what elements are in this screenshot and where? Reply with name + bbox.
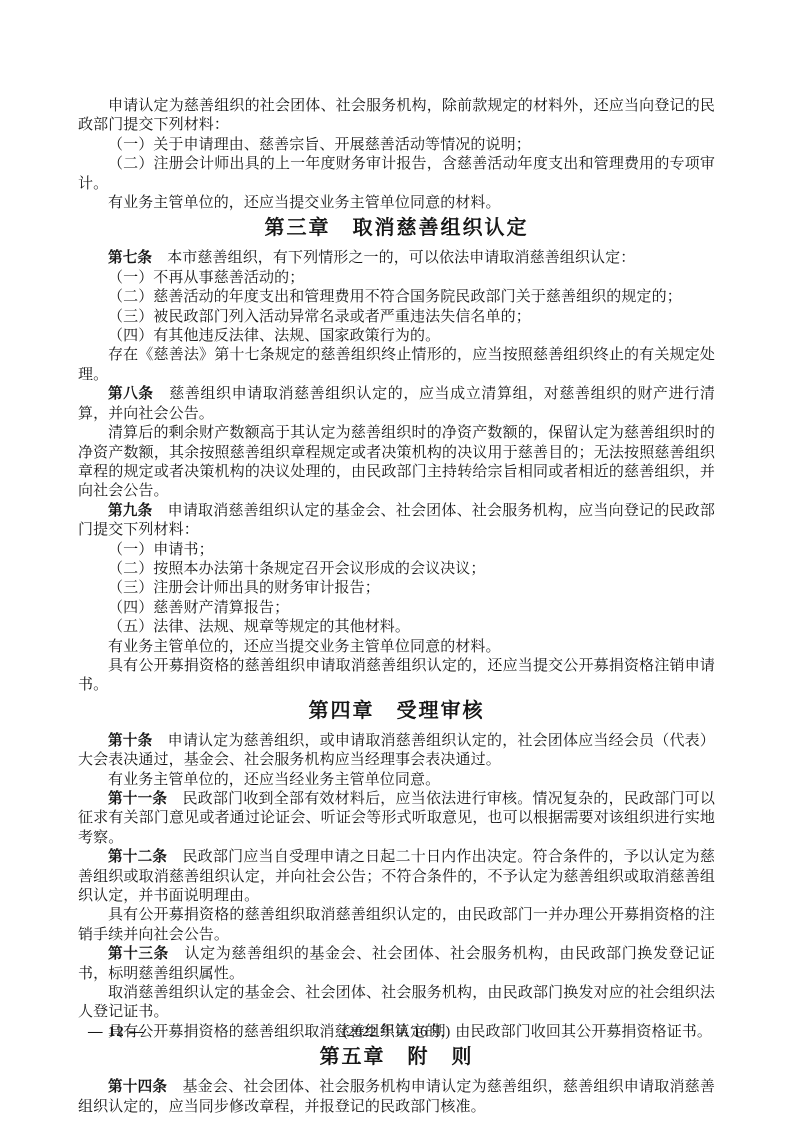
paragraph-text: 认定为慈善组织的基金会、社会团体、社会服务机构，由民政部门换发登记证书，标明慈善…	[78, 946, 715, 981]
article-number: 第十一条	[108, 791, 167, 807]
paragraph: 第九条 申请取消慈善组织认定的基金会、社会团体、社会服务机构，应当向登记的民政部…	[78, 502, 715, 541]
paragraph: 第十四条 基金会、社会团体、社会服务机构申请认定为慈善组织，慈善组织申请取消慈善…	[78, 1078, 715, 1117]
paragraph-text: 申请认定为慈善组织，或申请取消慈善组织认定的，社会团体应当经会员（代表）大会表决…	[78, 733, 715, 768]
paragraph-text: 本市慈善组织，有下列情形之一的，可以依法申请取消慈善组织认定：	[167, 250, 635, 266]
paragraph: 第十条 申请认定为慈善组织，或申请取消慈善组织认定的，社会团体应当经会员（代表）…	[78, 732, 715, 771]
chapter-heading: 第三章 取消慈善组织认定	[78, 217, 715, 240]
paragraph: 清算后的剩余财产数额高于其认定为慈善组织时的净资产数额的，保留认定为慈善组织时的…	[78, 424, 715, 502]
paragraph: （一）不再从事慈善活动的；	[78, 269, 715, 288]
document-page: 申请认定为慈善组织的社会团体、社会服务机构，除前款规定的材料外，还应当向登记的民…	[0, 0, 793, 1122]
paragraph-text: 民政部门应当自受理申请之日起二十日内作出决定。符合条件的，予以认定为慈善组织或取…	[78, 849, 715, 904]
paragraph: （二）慈善活动的年度支出和管理费用不符合国务院民政部门关于慈善组织的规定的；	[78, 288, 715, 307]
paragraph: （五）法律、法规、规章等规定的其他材料。	[78, 618, 715, 637]
paragraph-text: 申请取消慈善组织认定的基金会、社会团体、社会服务机构，应当向登记的民政部门提交下…	[78, 503, 715, 538]
article-number: 第十条	[108, 733, 152, 749]
paragraph: （一）关于申请理由、慈善宗旨、开展慈善活动等情况的说明；	[78, 136, 715, 155]
paragraph: 取消慈善组织认定的基金会、社会团体、社会服务机构，由民政部门换发对应的社会组织法…	[78, 984, 715, 1023]
paragraph: （一）申请书；	[78, 541, 715, 560]
paragraph: 第十一条 民政部门收到全部有效材料后，应当依法进行审核。情况复杂的，民政部门可以…	[78, 790, 715, 848]
paragraph-text: 慈善组织申请取消慈善组织认定的，应当成立清算组，对慈善组织的财产进行清算，并向社…	[78, 386, 715, 421]
chapter-heading: 第五章 附 则	[78, 1046, 715, 1069]
paragraph: 有业务主管单位的，还应当提交业务主管单位同意的材料。	[78, 194, 715, 213]
paragraph: （四）有其他违反法律、法规、国家政策行为的。	[78, 327, 715, 346]
article-number: 第七条	[108, 250, 152, 266]
paragraph: （二）注册会计师出具的上一年度财务审计报告，含慈善活动年度支出和管理费用的专项审…	[78, 155, 715, 194]
article-number: 第十二条	[108, 849, 167, 865]
paragraph: （二）按照本办法第十条规定召开会议形成的会议决议；	[78, 560, 715, 579]
paragraph: 具有公开募捐资格的慈善组织取消慈善组织认定的，由民政部门一并办理公开募捐资格的注…	[78, 906, 715, 945]
paragraph: 第七条 本市慈善组织，有下列情形之一的，可以依法申请取消慈善组织认定：	[78, 249, 715, 268]
page-footer: — 12 — (2022 年第 16 期)	[78, 1022, 715, 1042]
article-number: 第八条	[108, 386, 154, 402]
issue-label: (2022 年第 16 期)	[78, 1022, 715, 1042]
document-body: 申请认定为慈善组织的社会团体、社会服务机构，除前款规定的材料外，还应当向登记的民…	[78, 97, 715, 1117]
paragraph: 有业务主管单位的，还应当经业务主管单位同意。	[78, 771, 715, 790]
paragraph-text: 民政部门收到全部有效材料后，应当依法进行审核。情况复杂的，民政部门可以征求有关部…	[78, 791, 715, 846]
paragraph: 具有公开募捐资格的慈善组织申请取消慈善组织认定的，还应当提交公开募捐资格注销申请…	[78, 657, 715, 696]
paragraph-text: 基金会、社会团体、社会服务机构申请认定为慈善组织，慈善组织申请取消慈善组织认定的…	[78, 1079, 715, 1114]
paragraph: （四）慈善财产清算报告；	[78, 599, 715, 618]
paragraph: 第八条 慈善组织申请取消慈善组织认定的，应当成立清算组，对慈善组织的财产进行清算…	[78, 385, 715, 424]
paragraph: 存在《慈善法》第十七条规定的慈善组织终止情形的，应当按照慈善组织终止的有关规定处…	[78, 346, 715, 385]
paragraph: 第十三条 认定为慈善组织的基金会、社会团体、社会服务机构，由民政部门换发登记证书…	[78, 945, 715, 984]
article-number: 第十三条	[108, 946, 169, 962]
paragraph: 申请认定为慈善组织的社会团体、社会服务机构，除前款规定的材料外，还应当向登记的民…	[78, 97, 715, 136]
paragraph: （三）被民政部门列入活动异常名录或者严重违法失信名单的；	[78, 308, 715, 327]
article-number: 第十四条	[108, 1079, 167, 1095]
paragraph: 第十二条 民政部门应当自受理申请之日起二十日内作出决定。符合条件的，予以认定为慈…	[78, 848, 715, 906]
paragraph: （三）注册会计师出具的财务审计报告；	[78, 579, 715, 598]
chapter-heading: 第四章 受理审核	[78, 700, 715, 723]
article-number: 第九条	[108, 503, 152, 519]
paragraph: 有业务主管单位的，还应当提交业务主管单位同意的材料。	[78, 638, 715, 657]
